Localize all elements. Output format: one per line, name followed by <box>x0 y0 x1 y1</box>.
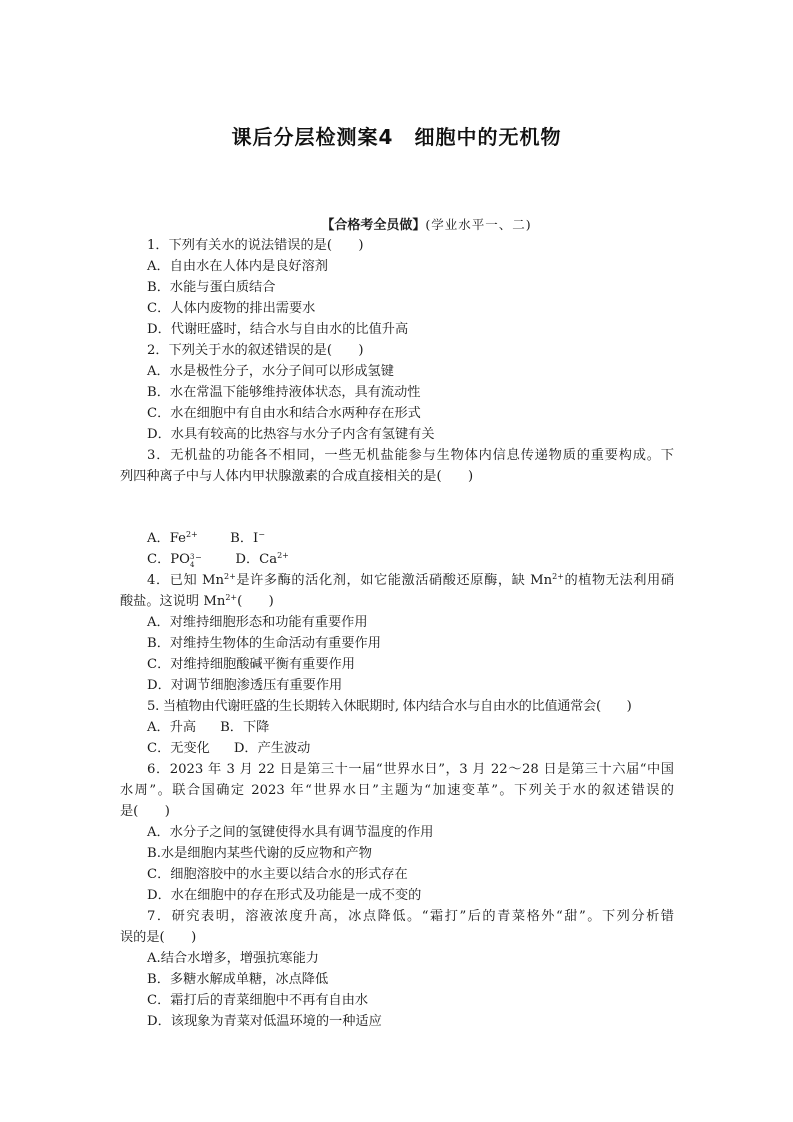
question-2-option-a: A．水是极性分子，水分子间可以形成氢键 <box>120 361 674 382</box>
question-3-option-b: B．I− <box>230 531 265 546</box>
option-a-charge: 2+ <box>186 530 198 539</box>
section-sublabel: (学业水平一、二) <box>425 217 531 232</box>
question-6-option-c: C．细胞溶胶中的水主要以结合水的形式存在 <box>120 864 674 885</box>
stem-text: 酸盐。这说明 Mn <box>120 594 225 609</box>
section-label: 【合格考全员做】 <box>321 218 425 233</box>
question-6-stem-line-1: 6．2023 年 3 月 22 日是第三十一届“世界水日”，3 月 22～28 … <box>120 759 674 780</box>
question-3-stem-line-1: 3．无机盐的功能各不相同，一些无机盐能参与生物体内信息传递物质的重要构成。下 <box>120 445 674 466</box>
question-4-option-d: D．对调节细胞渗透压有重要作用 <box>120 675 674 696</box>
question-7-stem-line-1: 7．研究表明，溶液浓度升高，冰点降低。“霜打”后的青菜格外“甜”。下列分析错 <box>120 906 674 927</box>
question-5-option-a: A．升高 <box>147 720 196 735</box>
question-4-stem-line-2: 酸盐。这说明 Mn2+( ) <box>120 591 674 612</box>
section-header: 【合格考全员做】(学业水平一、二) <box>0 214 793 236</box>
question-6-stem-line-2: 水周”。联合国确定 2023 年“世界水日”主题为“加速变革”。下列关于水的叙述… <box>120 780 674 801</box>
question-2-option-b: B．水在常温下能够维持液体状态，具有流动性 <box>120 382 674 403</box>
page-title: 课后分层检测案4 细胞中的无机物 <box>0 121 793 150</box>
option-b-text: B．I <box>230 531 258 546</box>
option-c-charge: 34− <box>190 553 199 563</box>
option-c-text: C．PO <box>147 552 190 567</box>
question-7-option-a: A.结合水增多，增强抗寒能力 <box>120 948 674 969</box>
question-4-stem-line-1: 4．已知 Mn2+是许多酶的活化剂，如它能激活硝酸还原酶，缺 Mn2+的植物无法… <box>120 570 674 591</box>
question-5-options-row-2: C．无变化D．产生波动 <box>120 738 674 759</box>
stem-text: 的植物无法利用硝 <box>564 573 674 588</box>
question-6-option-b: B.水是细胞内某些代谢的反应物和产物 <box>120 843 674 864</box>
question-5-option-c: C．无变化 <box>147 741 210 756</box>
question-5-stem: 5. 当植物由代谢旺盛的生长期转入休眠期时, 体内结合水与自由水的比值通常会( … <box>120 696 674 717</box>
question-1-stem: 1．下列有关水的说法错误的是( ) <box>120 235 674 256</box>
question-2-option-c: C．水在细胞中有自由水和结合水两种存在形式 <box>120 403 674 424</box>
question-4-option-b: B．对维持生物体的生命活动有重要作用 <box>120 633 674 654</box>
question-6-option-d: D．水在细胞中的存在形式及功能是一成不变的 <box>120 885 674 906</box>
question-4-option-a: A．对维持细胞形态和功能有重要作用 <box>120 612 674 633</box>
stem-text: 是许多酶的活化剂，如它能激活硝酸还原酶，缺 Mn <box>236 573 552 588</box>
question-2-stem: 2．下列关于水的叙述错误的是( ) <box>120 340 674 361</box>
question-3-option-c: C．PO34− <box>147 552 199 567</box>
option-b-charge: − <box>258 530 265 539</box>
stem-text: 4．已知 Mn <box>147 573 224 588</box>
question-1-option-d: D．代谢旺盛时，结合水与自由水的比值升高 <box>120 319 674 340</box>
question-7-option-d: D．该现象为青菜对低温环境的一种适应 <box>120 1011 674 1032</box>
option-d-charge: 2+ <box>277 551 289 560</box>
question-2-option-d: D．水具有较高的比热容与水分子内含有氢键有关 <box>120 424 674 445</box>
question-7-option-c: C．霜打后的青菜细胞中不再有自由水 <box>120 990 674 1011</box>
question-3-options-row-2: C．PO34− D．Ca2+ <box>120 549 674 570</box>
question-1-option-a: A．自由水在人体内是良好溶剂 <box>120 256 674 277</box>
question-7-option-b: B．多糖水解成单糖，冰点降低 <box>120 969 674 990</box>
question-3-stem-line-2: 列四种离子中与人体内甲状腺激素的合成直接相关的是( ) <box>120 466 674 487</box>
option-d-text: D．Ca <box>235 552 277 567</box>
charge: 2+ <box>552 572 564 581</box>
question-7-stem-line-2: 误的是( ) <box>120 927 674 948</box>
question-1-option-c: C．人体内废物的排出需要水 <box>120 298 674 319</box>
question-3-option-a: A．Fe2+ <box>147 531 198 546</box>
question-5-option-d: D．产生波动 <box>234 741 311 756</box>
charge-sign: − <box>195 547 202 568</box>
question-6-stem-line-3: 是( ) <box>120 801 674 822</box>
charge: 2+ <box>224 572 236 581</box>
question-5-option-b: B．下降 <box>220 720 269 735</box>
question-5-options-row-1: A．升高B．下降 <box>120 717 674 738</box>
question-1-option-b: B．水能与蛋白质结合 <box>120 277 674 298</box>
question-3-options-row-1: A．Fe2+ B．I− <box>120 528 674 549</box>
answer-blank: ( ) <box>237 594 274 609</box>
question-3-option-d: D．Ca2+ <box>235 552 289 567</box>
question-4-option-c: C．对维持细胞酸碱平衡有重要作用 <box>120 654 674 675</box>
charge: 2+ <box>225 593 237 602</box>
option-a-text: A．Fe <box>147 531 186 546</box>
question-6-option-a: A．水分子之间的氢键使得水具有调节温度的作用 <box>120 822 674 843</box>
document-page: 课后分层检测案4 细胞中的无机物 【合格考全员做】(学业水平一、二) 1．下列有… <box>0 0 793 1122</box>
